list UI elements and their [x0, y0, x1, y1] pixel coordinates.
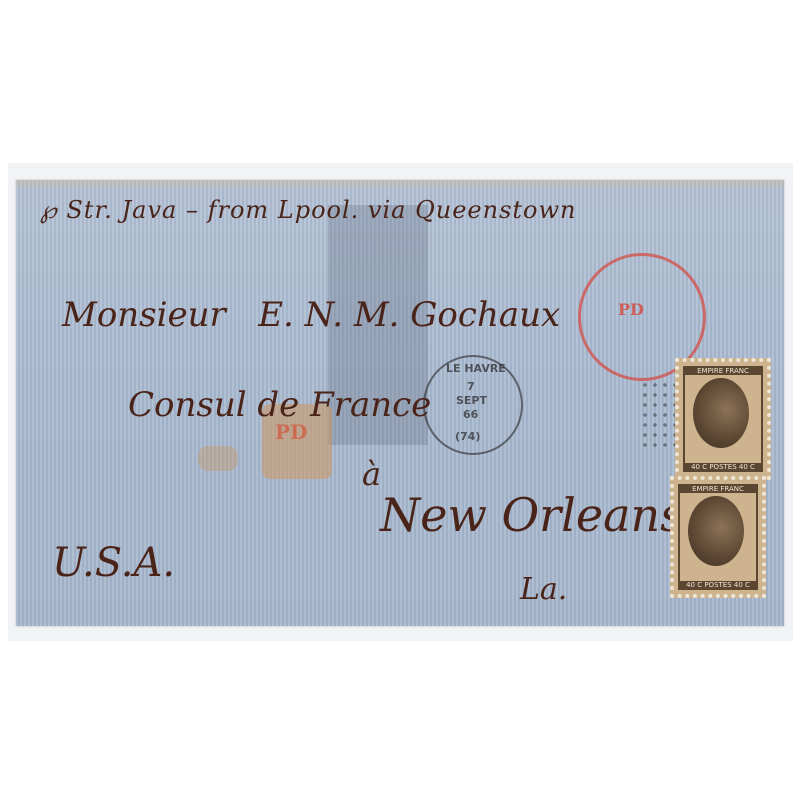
destination-state: La.: [520, 572, 567, 607]
cover-top-edge-toning: [16, 180, 784, 190]
stamp-bottom-text: 40 C POSTES 40 C: [680, 581, 756, 589]
postmark-year: 66: [463, 408, 478, 421]
napoleon-portrait-icon: [693, 378, 749, 448]
postage-stamp-top: EMPIRE FRANC 40 C POSTES 40 C: [675, 358, 771, 480]
postmark-month: SEPT: [456, 394, 487, 407]
stamp-top-text: EMPIRE FRANC: [685, 367, 761, 375]
preposition: à: [362, 455, 381, 493]
destination-city: New Orleans: [380, 488, 684, 542]
addressee: E. N. M. Gochaux: [258, 295, 560, 335]
postage-stamp-bottom: EMPIRE FRANC 40 C POSTES 40 C: [670, 476, 766, 598]
routing-line: ℘ Str. Java – from Lpool. via Queenstown: [40, 196, 577, 224]
stamp-top-text: EMPIRE FRANC: [680, 485, 756, 493]
addressee-title: Consul de France: [128, 385, 431, 425]
salutation: Monsieur: [62, 295, 226, 335]
destination-country: U.S.A.: [52, 540, 175, 586]
red-postmark-text: PD: [618, 300, 644, 319]
stamp-bottom-text: 40 C POSTES 40 C: [685, 463, 761, 471]
napoleon-portrait-icon: [688, 496, 744, 566]
postmark-department: (74): [455, 430, 480, 443]
postmark-day: 7: [467, 380, 475, 393]
orange-stain-small: [198, 446, 238, 471]
salutation-and-addressee: Monsieur E. N. M. Gochaux: [62, 295, 560, 335]
postmark-town: LE HAVRE: [446, 362, 506, 375]
